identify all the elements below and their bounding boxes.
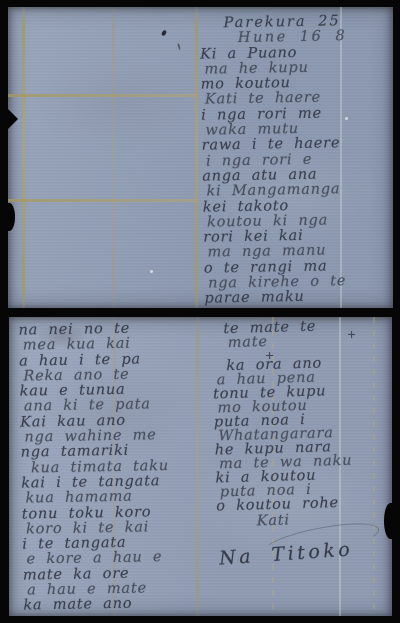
scanner-background: Parekura 25Hune 16 8Ki a Puanoma he kupu… [0,0,400,623]
ink-cross-mark: + [265,349,274,362]
fold-crease-horizontal [8,199,198,202]
signature: Na Titoko [218,538,353,569]
manuscript-text-page2: na nei no temea kua kaia hau i te paReka… [16,320,207,614]
manuscript-text-page3: te mate temateka ora anoa hau penatonu t… [209,317,392,529]
edge-notch [384,503,392,539]
letter-sheet-bottom: na nei no temea kua kaia hau i te paReka… [9,317,392,616]
letter-sheet-top: Parekura 25Hune 16 8Ki a Puanoma he kupu… [8,7,393,308]
edge-notch [8,108,18,130]
manuscript-line: ka mate ano [23,596,207,615]
paper-speck [150,270,153,273]
ink-cross-mark: + [347,328,356,341]
ink-speck [177,43,181,50]
manuscript-line: parae maku [204,289,393,308]
edge-notch [8,203,15,231]
fold-crease-horizontal [8,94,198,97]
fold-crease-vertical [22,7,25,308]
fold-crease-vertical [112,7,115,308]
manuscript-text-page1: Parekura 25Hune 16 8Ki a Puanoma he kupu… [197,13,393,307]
ink-speck [161,29,167,36]
